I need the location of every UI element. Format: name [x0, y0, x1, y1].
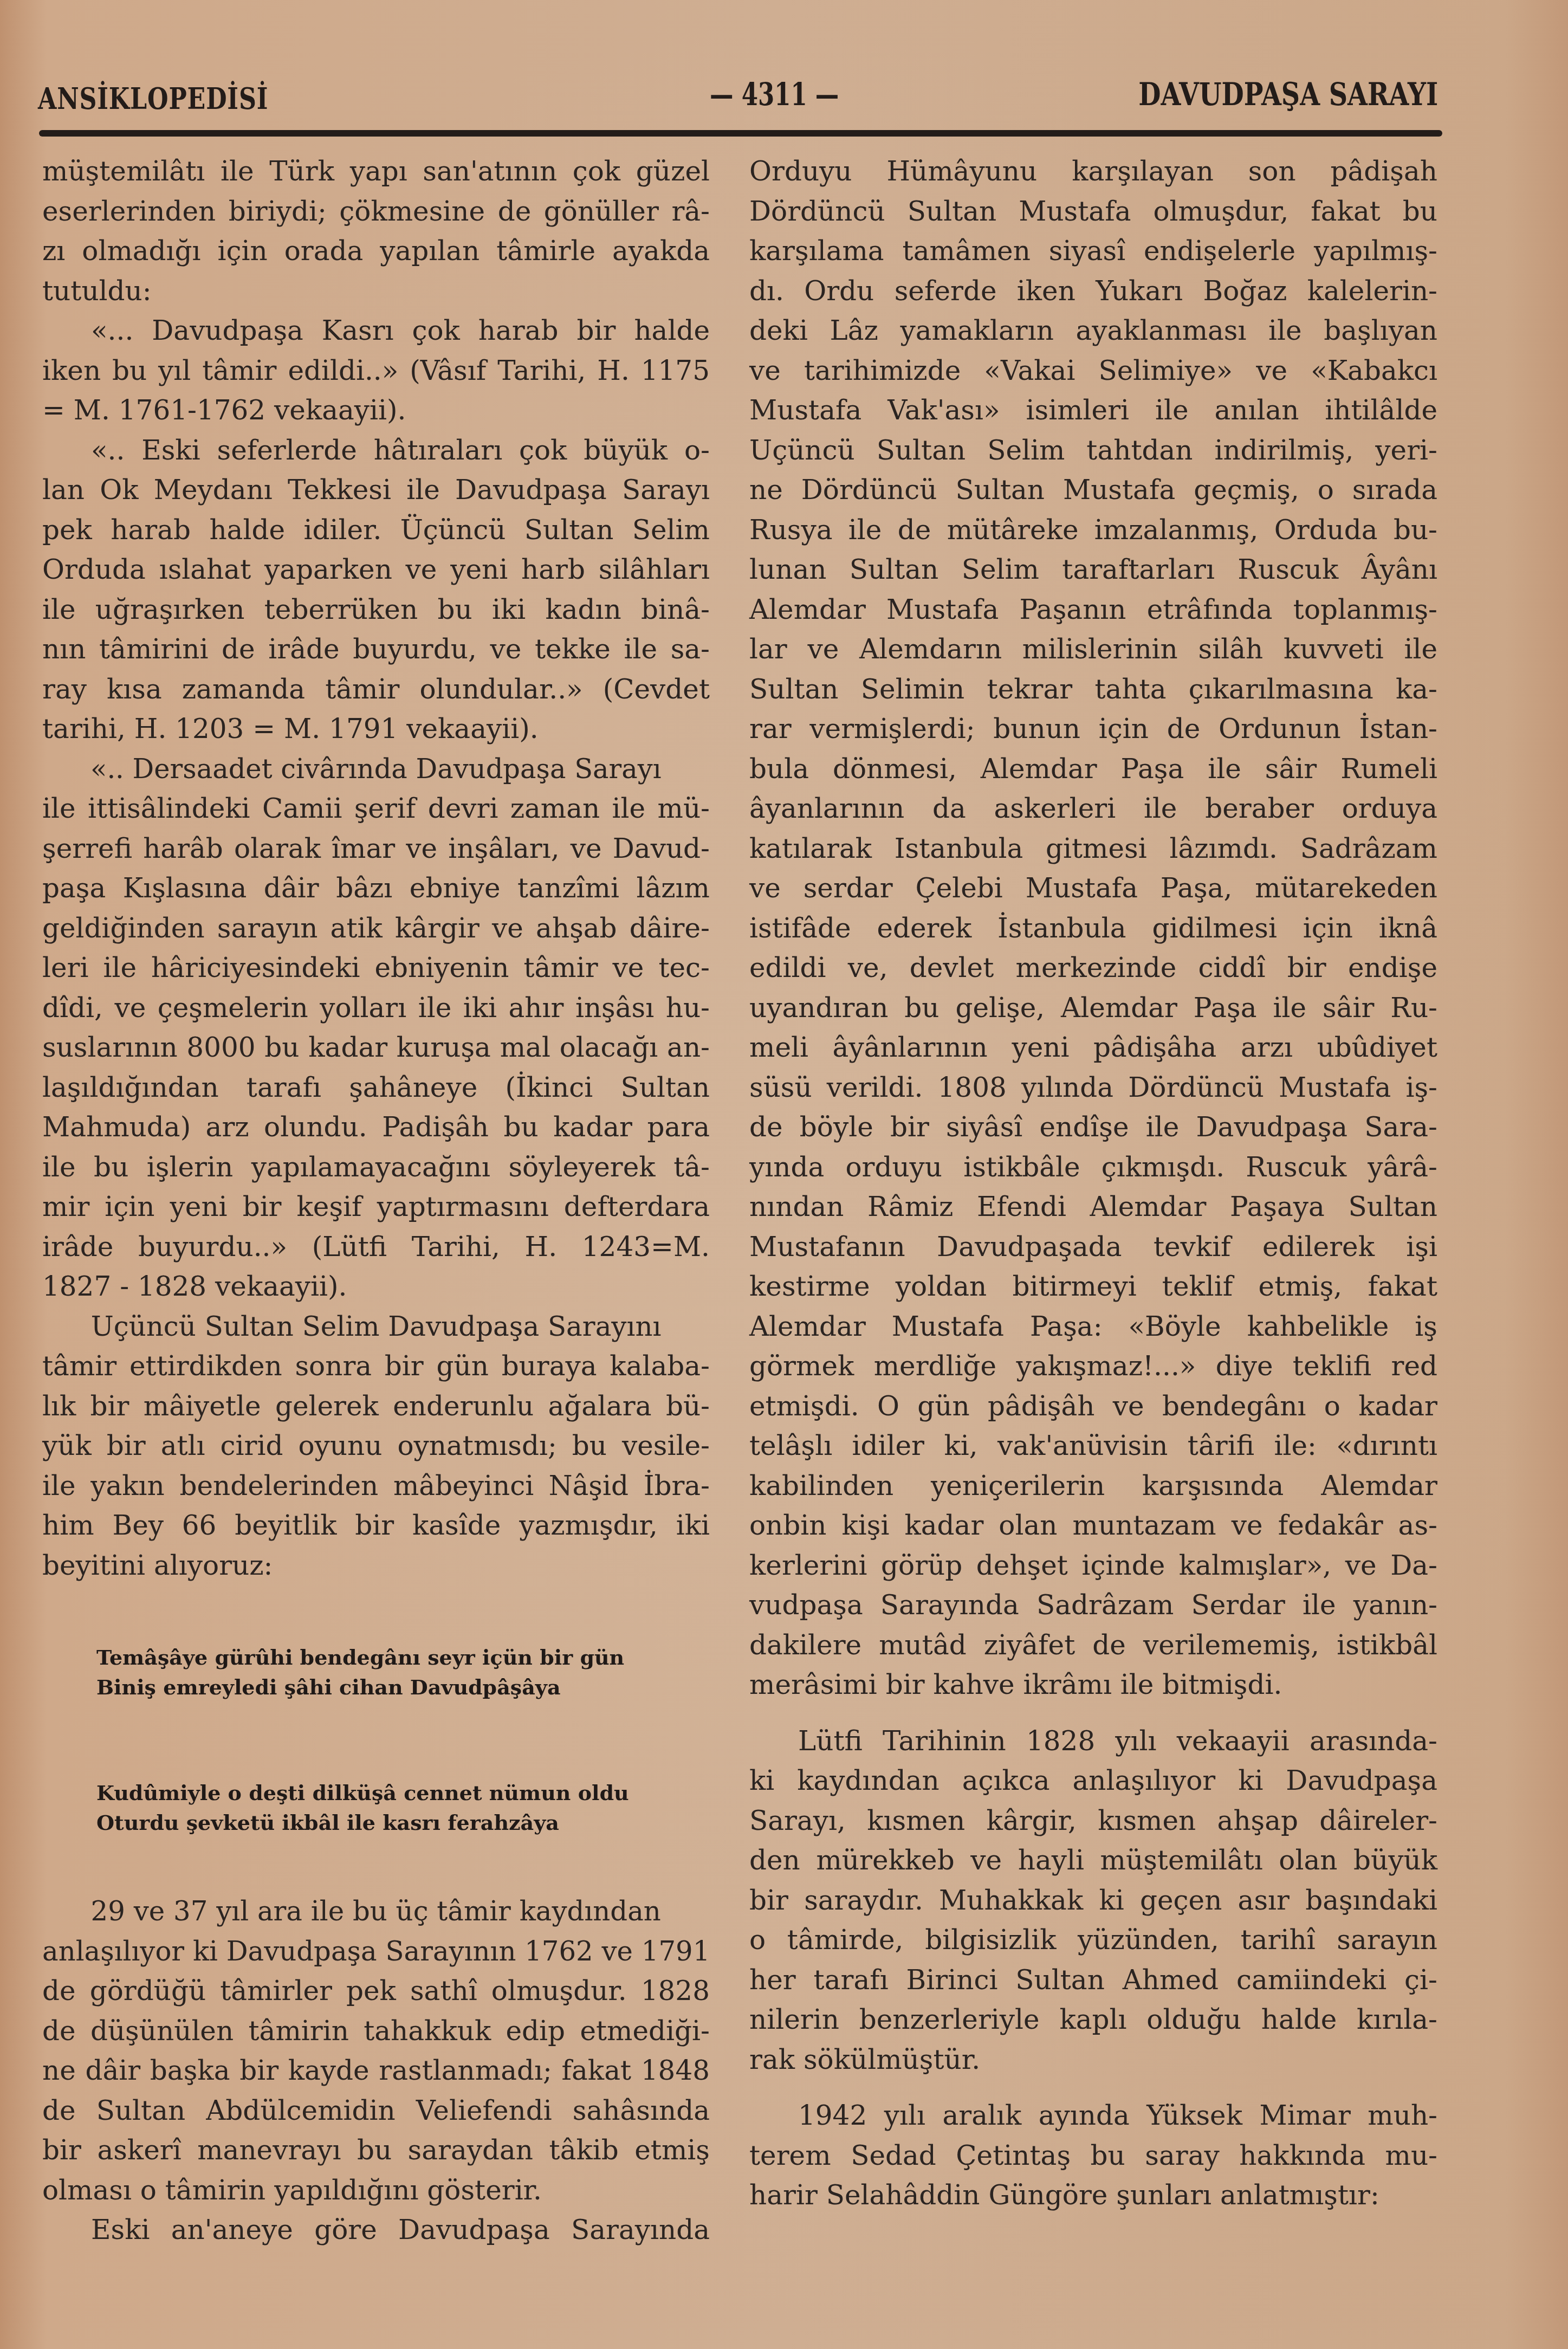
- text-line: dakilere mutâd ziyâfet de verilememiş, i…: [749, 1626, 1437, 1666]
- right-column: Orduyu Hümâyunu karşılayan son pâdişahDö…: [749, 152, 1437, 2216]
- text-line: «... Davudpaşa Kasrı çok harab bir halde: [42, 311, 710, 351]
- text-line: Alemdar Mustafa Paşanın etrâfında toplan…: [749, 590, 1437, 630]
- text-line: irâde buyurdu..» (Lütfi Tarihi, H. 1243=…: [42, 1227, 710, 1267]
- text-line: Eski an'aneye göre Davudpaşa Sarayında: [42, 2210, 710, 2250]
- text-line: eserlerinden biriydi; çökmesine de gönül…: [42, 192, 710, 232]
- text-line: yük bir atlı cirid oyunu oynatmısdı; bu …: [42, 1426, 710, 1466]
- text-line: etmişdi. O gün pâdişâh ve bendegânı o ka…: [749, 1387, 1437, 1427]
- text-line: Lütfi Tarihinin 1828 yılı vekaayii arası…: [749, 1722, 1437, 1762]
- text-line: harir Selahâddin Güngöre şunları anlatmı…: [749, 2176, 1437, 2216]
- text-line: ray kısa zamanda tâmir olundular..» (Cev…: [42, 670, 710, 710]
- paragraph: Orduyu Hümâyunu karşılayan son pâdişahDö…: [749, 152, 1437, 1705]
- text-line: kerlerini görüp dehşet içinde kalmışlar»…: [749, 1546, 1437, 1586]
- verse-line: Kudûmiyle o deşti dilküşâ cennet nümun o…: [96, 1778, 710, 1808]
- text-line: olması o tâmirin yapıldığını gösterir.: [42, 2171, 710, 2211]
- text-line: görmek merdliğe yakışmaz!...» diye tekli…: [749, 1347, 1437, 1387]
- text-line: Alemdar Mustafa Paşa: «Böyle kahbelikle …: [749, 1307, 1437, 1347]
- text-line: iken bu yıl tâmir edildi..» (Vâsıf Tarih…: [42, 351, 710, 391]
- text-line: lan Ok Meydanı Tekkesi ile Davudpaşa Sar…: [42, 470, 710, 510]
- text-line: telâşlı idiler ki, vak'anüvisin târifi i…: [749, 1426, 1437, 1466]
- text-line: yında orduyu istikbâle çıkmışdı. Ruscuk …: [749, 1148, 1437, 1188]
- text-line: Mahmuda) arz olundu. Padişâh bu kadar pa…: [42, 1108, 710, 1148]
- text-line: edildi ve, devlet merkezinde ciddî bir e…: [749, 948, 1437, 988]
- running-header: ANSİKLOPEDİSİ — 4311 — DAVUDPAŞA SARAYI: [38, 70, 1438, 119]
- text-line: suslarının 8000 bu kadar kuruşa mal olac…: [42, 1028, 710, 1068]
- text-line: vudpaşa Sarayında Sadrâzam Serdar ile ya…: [749, 1586, 1437, 1626]
- text-line: de Sultan Abdülcemidin Veliefendi sahâsı…: [42, 2091, 710, 2131]
- quotation-cevdet: «.. Eski seferlerde hâtıraları çok büyük…: [42, 431, 710, 749]
- text-line: paşa Kışlasına dâir bâzı ebniye tanzîmi …: [42, 869, 710, 909]
- text-line: dîdi, ve çeşmelerin yolları ile iki ahır…: [42, 988, 710, 1028]
- text-line: ne Dördüncü Sultan Mustafa geçmiş, o sır…: [749, 470, 1437, 510]
- text-line: rak sökülmüştür.: [749, 2040, 1437, 2080]
- paragraph: Lütfi Tarihinin 1828 yılı vekaayii arası…: [749, 1722, 1437, 2080]
- text-line: deki Lâz yamakların ayaklanması ile başl…: [749, 311, 1437, 351]
- text-line: âyanlarının da askerleri ile beraber ord…: [749, 789, 1437, 829]
- text-line: merâsimi bir kahve ikrâmı ile bitmişdi.: [749, 1665, 1437, 1705]
- text-line: terem Sedad Çetintaş bu saray hakkında m…: [749, 2136, 1437, 2176]
- paragraph: 1942 yılı aralık ayında Yüksek Mimar muh…: [749, 2096, 1437, 2216]
- text-line: karşılama tamâmen siyasî endişelerle yap…: [749, 231, 1437, 271]
- text-line: süsü verildi. 1808 yılında Dördüncü Must…: [749, 1068, 1437, 1108]
- text-line: bir saraydır. Muhakkak ki geçen asır baş…: [749, 1881, 1437, 1921]
- text-line: ile bu işlerin yapılamayacağını söyleyer…: [42, 1148, 710, 1188]
- text-line: kestirme yoldan bitirmeyi teklif etmiş, …: [749, 1267, 1437, 1307]
- text-line: tarihi, H. 1203 = M. 1791 vekaayii).: [42, 709, 710, 749]
- text-line: Dördüncü Sultan Mustafa olmuşdur, fakat …: [749, 192, 1437, 232]
- text-line: laşıldığından tarafı şahâneye (İkinci Su…: [42, 1068, 710, 1108]
- text-line: katılarak Istanbula gitmesi lâzımdı. Sad…: [749, 829, 1437, 869]
- text-line: Orduda ıslahat yaparken ve yeni harb sil…: [42, 550, 710, 590]
- text-line: ne dâir başka bir kayde rastlanmadı; fak…: [42, 2051, 710, 2091]
- text-line: nilerin benzerleriyle kaplı olduğu halde…: [749, 2000, 1437, 2040]
- text-line: lunan Sultan Selim taraftarları Ruscuk Â…: [749, 550, 1437, 590]
- text-line: lık bir mâiyetle gelerek enderunlu ağala…: [42, 1387, 710, 1427]
- text-line: ile ittisâlindeki Camii şerif devri zama…: [42, 789, 710, 829]
- verse-couplet: Kudûmiyle o deşti dilküşâ cennet nümun o…: [96, 1778, 710, 1837]
- text-line: istifâde ederek İstanbula gidilmesi için…: [749, 909, 1437, 949]
- header-publication-title: ANSİKLOPEDİSİ: [38, 81, 268, 116]
- text-line: dı. Ordu seferde iken Yukarı Boğaz kalel…: [749, 271, 1437, 312]
- text-line: nından Râmiz Efendi Alemdar Paşaya Sulta…: [749, 1187, 1437, 1227]
- text-line: Mustafa Vak'ası» isimleri ile anılan iht…: [749, 391, 1437, 431]
- text-line: mir için yeni bir keşif yaptırmasını def…: [42, 1187, 710, 1227]
- text-line: uyandıran bu gelişe, Alemdar Paşa ile sâ…: [749, 988, 1437, 1028]
- left-column: müştemilâtı ile Türk yapı san'atının çok…: [42, 152, 710, 2250]
- text-line: 1942 yılı aralık ayında Yüksek Mimar muh…: [749, 2096, 1437, 2136]
- text-line: 29 ve 37 yıl ara ile bu üç tâmir kaydınd…: [42, 1892, 710, 1932]
- text-line: Rusya ile de mütâreke imzalanmış, Orduda…: [749, 510, 1437, 551]
- text-line: nın tâmirini de irâde buyurdu, ve tekke …: [42, 630, 710, 670]
- text-line: her tarafı Birinci Sultan Ahmed camiinde…: [749, 1960, 1437, 2001]
- verse-line: Temâşâye gürûhi bendegânı seyr içün bir …: [96, 1642, 710, 1672]
- text-line: ile uğraşırken teberrüken bu iki kadın b…: [42, 590, 710, 630]
- text-line: den mürekkeb ve hayli müştemilâtı olan b…: [749, 1841, 1437, 1881]
- text-line: = M. 1761-1762 vekaayii).: [42, 391, 710, 431]
- text-line: meli âyânlarının yeni pâdişâha arzı ubûd…: [749, 1028, 1437, 1068]
- text-line: ile yakın bendelerinden mâbeyinci Nâşid …: [42, 1466, 710, 1506]
- text-line: 1827 - 1828 vekaayii).: [42, 1267, 710, 1307]
- text-line: lar ve Alemdarın milislerinin silâh kuvv…: [749, 630, 1437, 670]
- text-line: de böyle bir siyâsî endîşe ile Davudpaşa…: [749, 1108, 1437, 1148]
- text-line: ve tarihimizde «Vakai Selimiye» ve «Kaba…: [749, 351, 1437, 391]
- text-line: anlaşılıyor ki Davudpaşa Sarayının 1762 …: [42, 1932, 710, 1972]
- page-number: — 4311 —: [710, 76, 839, 113]
- text-line: şerrefi harâb olarak îmar ve inşâları, v…: [42, 829, 710, 869]
- text-line: zı olmadığı için orada yapılan tâmirle a…: [42, 231, 710, 271]
- text-line: Mustafanın Davudpaşada tevkif edilerek i…: [749, 1227, 1437, 1267]
- verse-couplet: Temâşâye gürûhi bendegânı seyr içün bir …: [96, 1642, 710, 1702]
- text-line: müştemilâtı ile Türk yapı san'atının çok…: [42, 152, 710, 192]
- text-line: onbin kişi kadar olan muntazam ve fedakâ…: [749, 1506, 1437, 1546]
- paragraph: Eski an'aneye göre Davudpaşa Sarayında: [42, 2210, 710, 2250]
- text-line: de gördüğü tâmirler pek sathî olmuşdur. …: [42, 1971, 710, 2011]
- text-line: him Bey 66 beyitlik bir kasîde yazmışdır…: [42, 1506, 710, 1546]
- text-line: beyitini alıyoruz:: [42, 1546, 710, 1586]
- text-line: de düşünülen tâmirin tahakkuk edip etmed…: [42, 2011, 710, 2052]
- text-line: tutuldu:: [42, 271, 710, 312]
- text-line: ve serdar Çelebi Mustafa Paşa, mütareked…: [749, 869, 1437, 909]
- text-line: Uçüncü Sultan Selim Davudpaşa Sarayını: [42, 1307, 710, 1347]
- text-line: o tâmirde, bilgisizlik yüzünden, tarihî …: [749, 1920, 1437, 1960]
- text-line: bula dönmesi, Alemdar Paşa ile sâir Rume…: [749, 749, 1437, 790]
- text-line: leri ile hâriciyesindeki ebniyenin tâmir…: [42, 948, 710, 988]
- header-rule: [39, 130, 1442, 137]
- text-line: ki kaydından açıkca anlaşılıyor ki Davud…: [749, 1761, 1437, 1801]
- text-line: rar vermişlerdi; bunun için de Ordunun İ…: [749, 709, 1437, 749]
- quotation-lutfi: «.. Dersaadet civârında Davudpaşa Sarayı…: [42, 749, 710, 1307]
- text-line: Uçüncü Sultan Selim tahtdan indirilmiş, …: [749, 431, 1437, 471]
- text-line: tâmir ettirdikden sonra bir gün buraya k…: [42, 1347, 710, 1387]
- paragraph: 29 ve 37 yıl ara ile bu üç tâmir kaydınd…: [42, 1892, 710, 2210]
- paragraph: Uçüncü Sultan Selim Davudpaşa Sarayınıtâ…: [42, 1307, 710, 1586]
- text-line: bir askerî manevrayı bu saraydan tâkib e…: [42, 2131, 710, 2171]
- text-line: pek harab halde idiler. Üçüncü Sultan Se…: [42, 510, 710, 551]
- text-line: Sultan Selimin tekrar tahta çıkarılmasın…: [749, 670, 1437, 710]
- text-line: geldiğinden sarayın atik kârgir ve ahşab…: [42, 909, 710, 949]
- text-line: «.. Eski seferlerde hâtıraları çok büyük…: [42, 431, 710, 471]
- quotation-vasif: «... Davudpaşa Kasrı çok harab bir halde…: [42, 311, 710, 431]
- text-line: Orduyu Hümâyunu karşılayan son pâdişah: [749, 152, 1437, 192]
- verse-line: Oturdu şevketü ikbâl ile kasrı ferahzâya: [96, 1808, 710, 1837]
- paragraph: müştemilâtı ile Türk yapı san'atının çok…: [42, 152, 710, 311]
- text-line: Sarayı, kısmen kârgir, kısmen ahşap dâir…: [749, 1801, 1437, 1841]
- text-line: «.. Dersaadet civârında Davudpaşa Sarayı: [42, 749, 710, 790]
- verse-line: Biniş emreyledi şâhi cihan Davudpâşâya: [96, 1672, 710, 1702]
- header-article-title: DAVUDPAŞA SARAYI: [1138, 76, 1438, 113]
- text-line: kabilinden yeniçerilerin karşısında Alem…: [749, 1466, 1437, 1506]
- kaside-verses: Temâşâye gürûhi bendegânı seyr içün bir …: [96, 1642, 710, 1837]
